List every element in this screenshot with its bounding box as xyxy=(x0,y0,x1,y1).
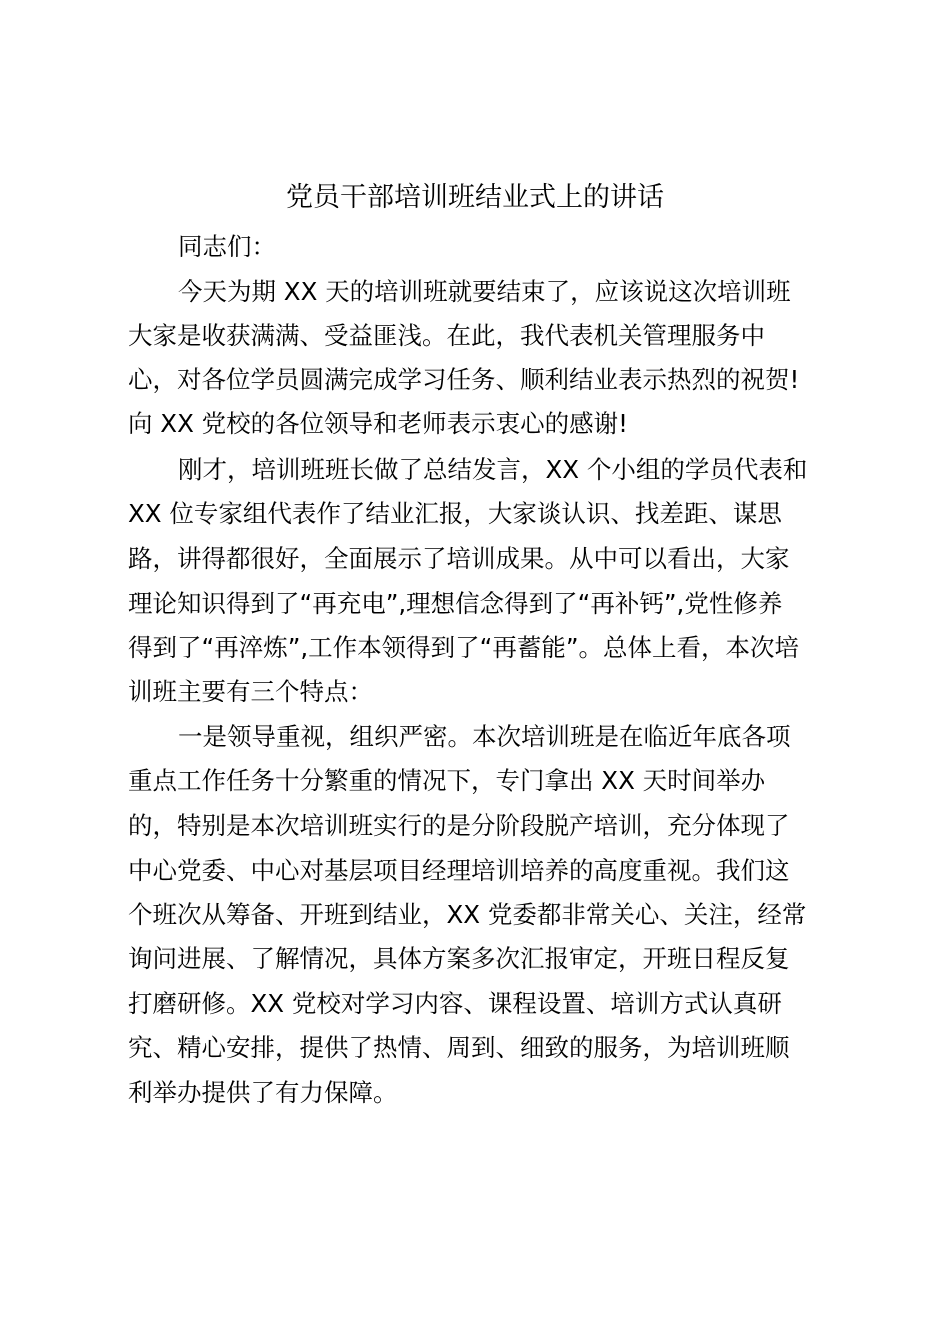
text-line: 今天为期 XX 天的培训班就要结束了，应该说这次培训班 xyxy=(178,274,791,310)
text-line: 心，对各位学员圆满完成学习任务、顺利结业表示热烈的祝贺! xyxy=(128,362,799,398)
text-line: 重点工作任务十分繁重的情况下，专门拿出 XX 天时间举办 xyxy=(128,763,765,799)
text-line: 刚才，培训班班长做了总结发言，XX 个小组的学员代表和 xyxy=(178,452,807,488)
text-line: 利举办提供了有力保障。 xyxy=(128,1075,398,1111)
text-line: 路，讲得都很好，全面展示了培训成果。从中可以看出，大家 xyxy=(128,541,790,577)
text-line: 的，特别是本次培训班实行的是分阶段脱产培训，充分体现了 xyxy=(128,808,790,844)
text-line: 得到了“再淬炼”,工作本领得到了“再蓄能”。总体上看，本次培 xyxy=(128,630,799,666)
text-line: 究、精心安排，提供了热情、周到、细致的服务，为培训班顺 xyxy=(128,1030,790,1066)
text-line: 中心党委、中心对基层项目经理培训培养的高度重视。我们这 xyxy=(128,853,790,889)
text-line: 个班次从筹备、开班到结业，XX 党委都非常关心、关注，经常 xyxy=(128,897,806,933)
text-line: XX 位专家组代表作了结业汇报，大家谈认识、找差距、谋思 xyxy=(128,496,782,532)
text-line: 询问进展、了解情况，具体方案多次汇报审定，开班日程反复 xyxy=(128,941,790,977)
text-line: 一是领导重视，组织严密。本次培训班是在临近年底各项 xyxy=(178,719,791,755)
text-line: 打磨研修。XX 党校对学习内容、课程设置、培训方式认真研 xyxy=(128,986,782,1022)
text-line: 大家是收获满满、受益匪浅。在此，我代表机关管理服务中 xyxy=(128,318,765,354)
salutation: 同志们： xyxy=(178,229,276,265)
document-page: 党员干部培训班结业式上的讲话 同志们： 今天为期 XX 天的培训班就要结束了，应… xyxy=(0,0,950,1344)
text-line: 训班主要有三个特点： xyxy=(128,674,373,710)
text-line: 理论知识得到了“再充电”,理想信念得到了“再补钙”,党性修养 xyxy=(128,586,782,622)
document-title: 党员干部培训班结业式上的讲话 xyxy=(0,178,950,218)
text-line: 向 XX 党校的各位领导和老师表示衷心的感谢! xyxy=(128,406,628,442)
